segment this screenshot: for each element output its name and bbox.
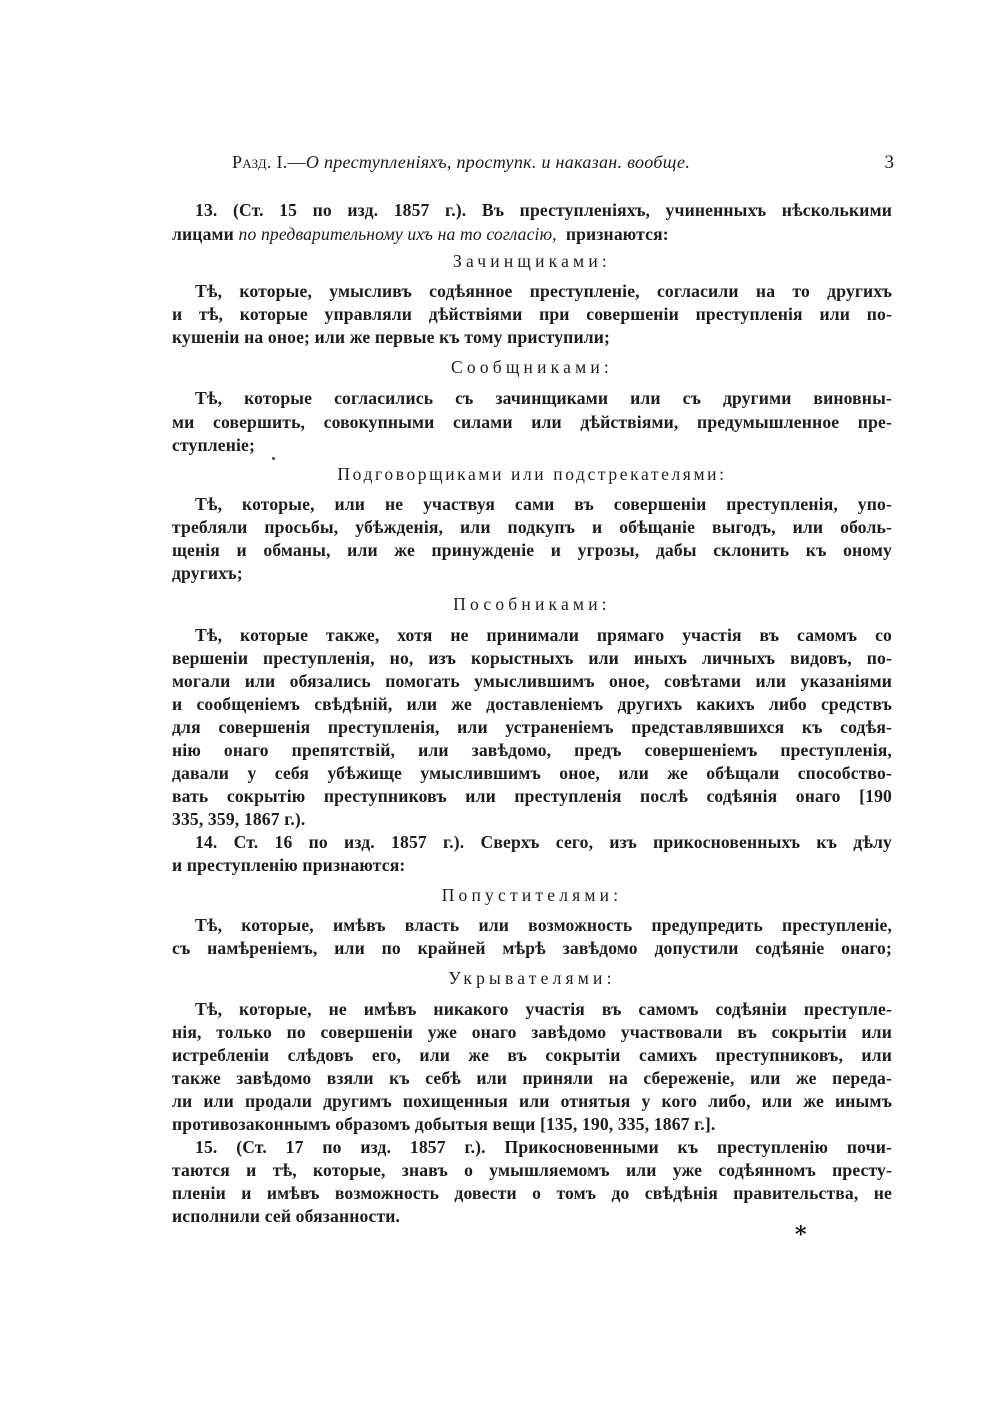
heading-accomplices: Сообщниками: bbox=[172, 355, 892, 379]
instigators-line-1: Тѣ, которые, умысливъ содѣянное преступл… bbox=[195, 279, 892, 303]
article-14-line-2: и преступленію признаются: bbox=[172, 853, 892, 877]
article-15-line-3: пленіи и имѣвъ возможность довести о том… bbox=[172, 1181, 892, 1205]
article-15-line-2: таются и тѣ, которые, знавъ о умышляемом… bbox=[172, 1158, 892, 1182]
accomplices-line-2: ми совершить, совокупными силами или дѣй… bbox=[172, 410, 892, 434]
footer-asterisk: * bbox=[795, 1222, 807, 1248]
accomplices-line-3: ступленіе; bbox=[172, 433, 892, 457]
abettors-line-2: требляли просьбы, убѣжденія, или подкупъ… bbox=[172, 515, 892, 539]
concealers-line-6: противозаконнымъ образомъ добытыя вещи [… bbox=[172, 1112, 892, 1136]
heading-helpers: Пособниками: bbox=[172, 592, 892, 616]
permitters-line-1: Тѣ, которые, имѣвъ власть или возможност… bbox=[195, 913, 892, 937]
helpers-line-6: нію онаго препятствій, или завѣдомо, пре… bbox=[172, 738, 892, 762]
abettors-line-3: щенія и обманы, или же принужденіе и угр… bbox=[172, 538, 892, 562]
concealers-line-3: истребленіи слѣдовъ его, или же въ сокры… bbox=[172, 1043, 892, 1067]
running-head: Разд. I.—О преступленіяхъ, проступк. и н… bbox=[232, 152, 894, 180]
concealers-line-2: нія, только по совершеніи уже онаго завѣ… bbox=[172, 1020, 892, 1044]
helpers-line-8: вать сокрытію преступниковъ или преступл… bbox=[172, 784, 892, 808]
helpers-line-1: Тѣ, которые также, хотя не принимали пря… bbox=[195, 623, 892, 647]
section-label: Разд. I.— bbox=[232, 152, 306, 172]
helpers-line-7: давали у себя убѣжище умыслившимъ оное, … bbox=[172, 761, 892, 785]
heading-permitters: Попустителями: bbox=[172, 883, 892, 907]
helpers-line-2: вершеніи преступленія, но, изъ корыстных… bbox=[172, 646, 892, 670]
abettors-line-1: Тѣ, которые, или не участвуя сами въ сов… bbox=[195, 492, 892, 516]
heading-concealers: Укрывателями: bbox=[172, 966, 892, 990]
article-15-line-1: 15. (Ст. 17 по изд. 1857 г.). Прикоснове… bbox=[195, 1135, 892, 1159]
concealers-line-4: также завѣдомо взяли къ себѣ или приняли… bbox=[172, 1066, 892, 1090]
helpers-line-5: для совершенія преступленія, или устране… bbox=[172, 715, 892, 739]
section-title: О преступленіяхъ, проступк. и наказан. в… bbox=[306, 152, 690, 172]
permitters-line-2: съ намѣреніемъ, или по крайней мѣрѣ завѣ… bbox=[172, 936, 892, 960]
article-number: 13 bbox=[195, 200, 213, 220]
article-number: 15 bbox=[195, 1137, 213, 1157]
article-15-line-4: исполнили сей обязанности. bbox=[172, 1204, 892, 1228]
document-page: Разд. I.—О преступленіяхъ, проступк. и н… bbox=[0, 0, 1000, 1418]
heading-instigators: Зачинщиками: bbox=[172, 249, 892, 273]
helpers-line-3: могали или обязались помогать умыслившим… bbox=[172, 669, 892, 693]
heading-abettors: Подговорщиками или подстрекателями: bbox=[172, 462, 892, 486]
article-number: 14 bbox=[195, 832, 213, 852]
abettors-line-4: другихъ; bbox=[172, 561, 892, 585]
running-head-title: Разд. I.—О преступленіяхъ, проступк. и н… bbox=[232, 152, 690, 173]
helpers-line-4: и сообщеніемъ свѣдѣній, или же доставлен… bbox=[172, 692, 892, 716]
article-13-line-1: 13. (Ст. 15 по изд. 1857 г.). Въ преступ… bbox=[195, 198, 892, 222]
instigators-line-3: кушеніи на оное; или же первые къ тому п… bbox=[172, 325, 892, 349]
accomplices-line-1: Тѣ, которые согласились съ зачинщиками и… bbox=[195, 386, 892, 410]
helpers-line-9: 335, 359, 1867 г.). bbox=[172, 807, 892, 831]
instigators-line-2: и тѣ, которые управляли дѣйствіями при с… bbox=[172, 302, 892, 326]
concealers-line-1: Тѣ, которые, не имѣвъ никакого участія в… bbox=[195, 997, 892, 1021]
page-number: 3 bbox=[885, 152, 895, 174]
article-14-line-1: 14. Ст. 16 по изд. 1857 г.). Сверхъ сего… bbox=[195, 830, 892, 854]
article-13-line-2: лицами по предварительному ихъ на то сог… bbox=[172, 222, 892, 246]
concealers-line-5: ли или продали другимъ похищенныя или от… bbox=[172, 1089, 892, 1113]
print-speck bbox=[272, 457, 275, 460]
